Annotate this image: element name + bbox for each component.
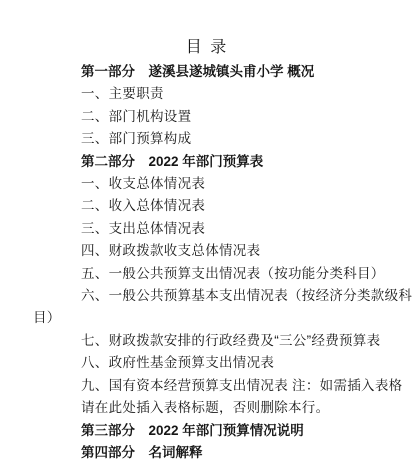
toc-entry: 二、部门机构设置	[33, 106, 396, 128]
toc-entry: 一、主要职责	[33, 83, 396, 105]
toc-entry: 六、一般公共预算基本支出情况表（按经济分类款级科	[33, 285, 396, 307]
page-title: 目 录	[0, 0, 414, 57]
toc-entry: 九、国有资本经营预算支出情况表 注：如需插入表格	[33, 375, 396, 397]
toc-page: 目 录 第一部分 遂溪县遂城镇头甫小学 概况 一、主要职责 二、部门机构设置 三…	[0, 0, 414, 459]
toc-entry-wrap: 请在此处插入表格标题，否则删除本行。	[33, 397, 396, 419]
toc-part-4-heading: 第四部分 名词解释	[33, 442, 396, 459]
toc-entry: 四、财政拨款收支总体情况表	[33, 240, 396, 262]
toc-entry: 三、支出总体情况表	[33, 218, 396, 240]
toc-part-3-heading: 第三部分 2022 年部门预算情况说明	[33, 420, 396, 442]
toc-part-1-heading: 第一部分 遂溪县遂城镇头甫小学 概况	[33, 61, 396, 83]
toc-entry: 八、政府性基金预算支出情况表	[33, 352, 396, 374]
toc-entry: 三、部门预算构成	[33, 128, 396, 150]
toc-entry-wrap: 目）	[33, 307, 396, 329]
toc-entry: 五、一般公共预算支出情况表（按功能分类科目）	[33, 263, 396, 285]
toc-entry: 七、财政拨款安排的行政经费及“三公”经费预算表	[33, 330, 396, 352]
toc-entry: 二、收入总体情况表	[33, 195, 396, 217]
toc-part-2-heading: 第二部分 2022 年部门预算表	[33, 151, 396, 173]
toc-entry: 一、收支总体情况表	[33, 173, 396, 195]
toc-list: 第一部分 遂溪县遂城镇头甫小学 概况 一、主要职责 二、部门机构设置 三、部门预…	[33, 61, 396, 459]
